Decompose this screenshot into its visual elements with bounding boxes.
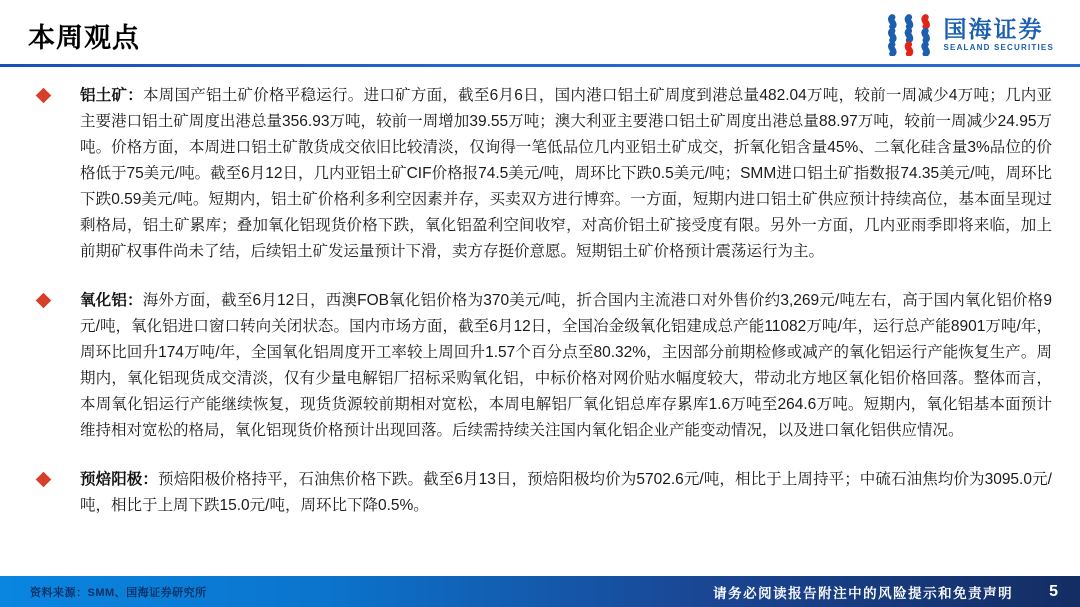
bullet-text: 海外方面，截至6月12日，西澳FOB氧化铝价格为370美元/吨，折合国内主流港口…: [80, 292, 1052, 439]
brand-name-cn: 国海证券: [944, 18, 1055, 41]
bullet-label: 铝土矿：: [80, 87, 143, 104]
bullet-label: 氧化铝：: [80, 292, 143, 309]
bullet-item-prebaked-anode: 预焙阳极：预焙阳极价格持平，石油焦价格下跌。截至6月13日，预焙阳极均价为570…: [30, 467, 1052, 519]
page-number: 5: [1049, 583, 1058, 601]
bullet-label: 预焙阳极：: [80, 471, 158, 488]
bullet-item-alumina: 氧化铝：海外方面，截至6月12日，西澳FOB氧化铝价格为370美元/吨，折合国内…: [30, 288, 1052, 444]
source-note: 资料来源：SMM、国海证券研究所: [30, 584, 207, 600]
page-title: 本周观点: [28, 16, 140, 55]
content-area: 铝土矿：本周国产铝土矿价格平稳运行。进口矿方面，截至6月6日，国内港口铝土矿周度…: [30, 83, 1052, 542]
diamond-bullet-icon: [36, 293, 52, 309]
sealand-logo-icon: [885, 14, 935, 56]
report-slide: 本周观点 国海证券 SEALAND SECURITIES: [0, 0, 1080, 607]
footer-bar: 资料来源：SMM、国海证券研究所 请务必阅读报告附注中的风险提示和免责声明 5: [0, 576, 1080, 607]
brand-logo-text: 国海证券 SEALAND SECURITIES: [944, 18, 1055, 52]
brand-logo: 国海证券 SEALAND SECURITIES: [885, 14, 1055, 56]
bullet-item-bauxite: 铝土矿：本周国产铝土矿价格平稳运行。进口矿方面，截至6月6日，国内港口铝土矿周度…: [30, 83, 1052, 265]
disclaimer-text: 请务必阅读报告附注中的风险提示和免责声明: [713, 582, 1013, 602]
title-divider: [0, 64, 1080, 67]
footer-right: 请务必阅读报告附注中的风险提示和免责声明 5: [713, 582, 1058, 602]
diamond-bullet-icon: [36, 472, 52, 488]
bullet-text: 本周国产铝土矿价格平稳运行。进口矿方面，截至6月6日，国内港口铝土矿周度到港总量…: [80, 87, 1052, 260]
brand-name-en: SEALAND SECURITIES: [944, 44, 1055, 52]
header: 本周观点 国海证券 SEALAND SECURITIES: [0, 0, 1080, 56]
diamond-bullet-icon: [36, 88, 52, 104]
bullet-text: 预焙阳极价格持平，石油焦价格下跌。截至6月13日，预焙阳极均价为5702.6元/…: [80, 471, 1052, 514]
